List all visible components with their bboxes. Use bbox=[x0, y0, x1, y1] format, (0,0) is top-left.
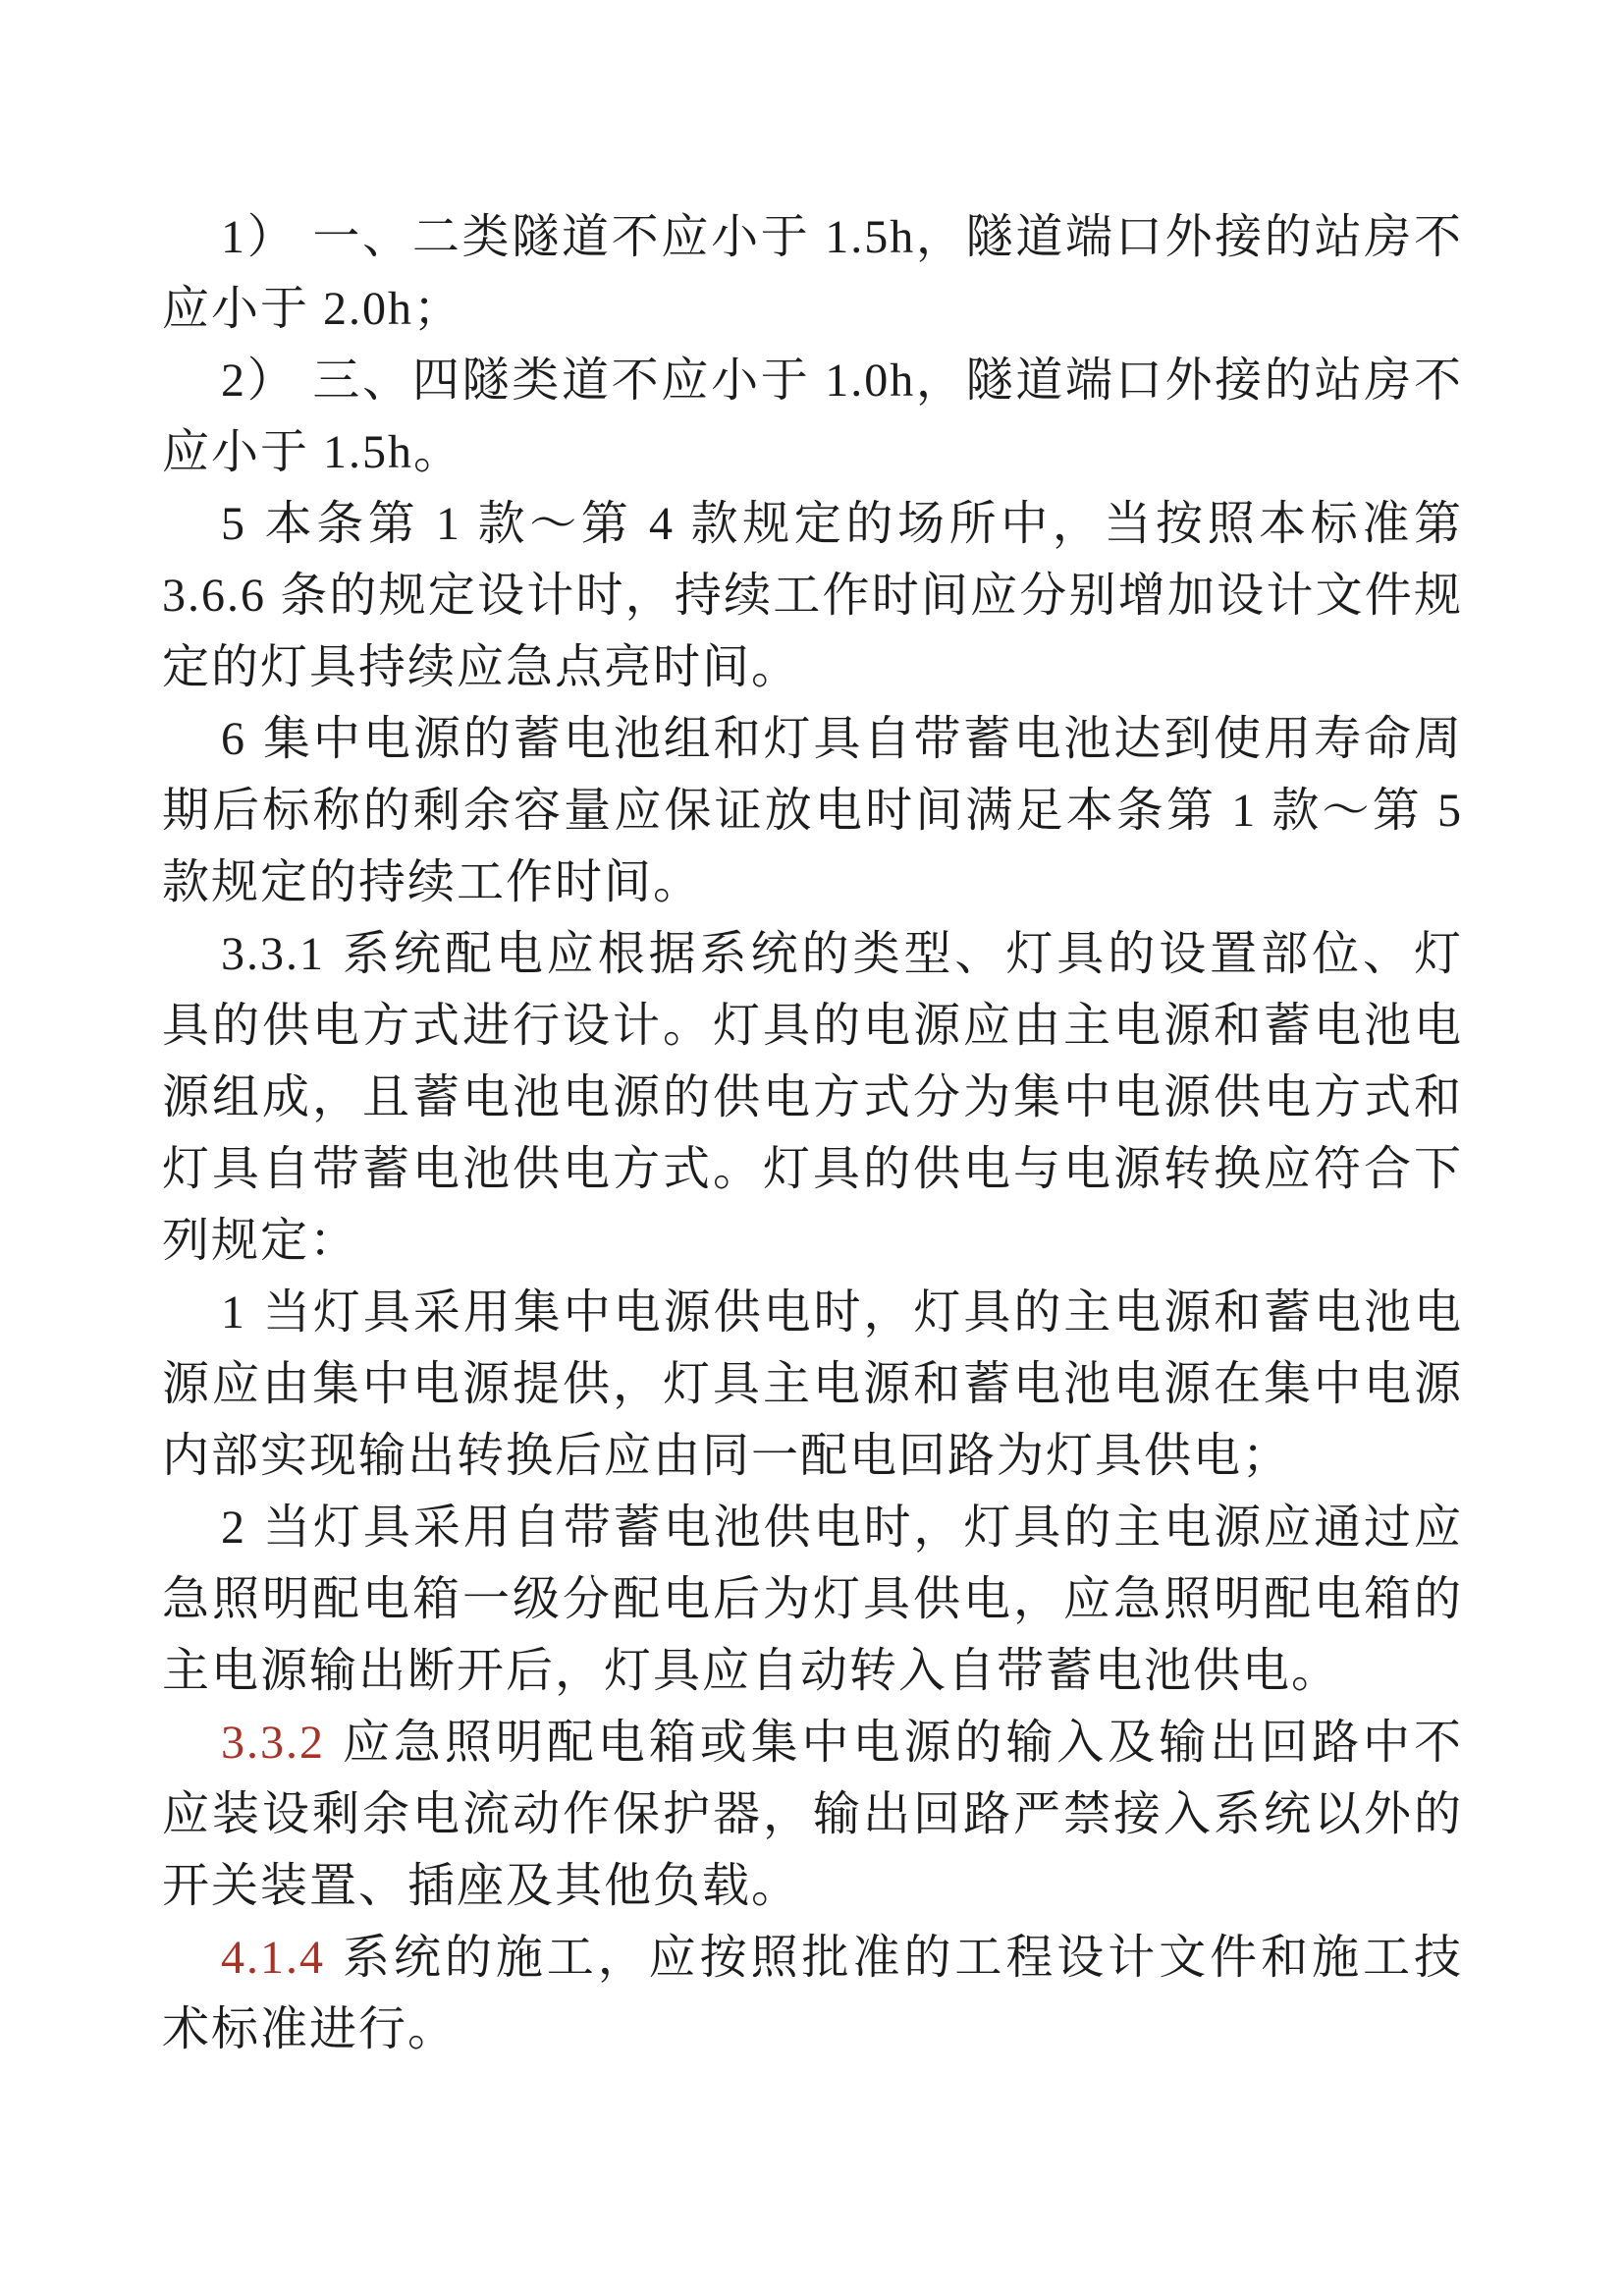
paragraph-text: 本条第 1 款～第 4 款规定的场所中，当按照本标准第 3.6.6 条的规定设计… bbox=[162, 498, 1463, 693]
paragraph: 2当灯具采用自带蓄电池供电时，灯具的主电源应通过应急照明配电箱一级分配电后为灯具… bbox=[162, 1492, 1463, 1707]
paragraph-number: 3.3.1 bbox=[221, 928, 341, 980]
paragraph-text: 集中电源的蓄电池组和灯具自带蓄电池达到使用寿命周期后标称的剩余容量应保证放电时间… bbox=[162, 713, 1463, 908]
paragraph-text: 当灯具采用集中电源供电时，灯具的主电源和蓄电池电源应由集中电源提供，灯具主电源和… bbox=[162, 1286, 1463, 1482]
paragraph: 1）一、二类隧道不应小于 1.5h，隧道端口外接的站房不应小于 2.0h； bbox=[162, 201, 1463, 345]
document-content: 1）一、二类隧道不应小于 1.5h，隧道端口外接的站房不应小于 2.0h； 2）… bbox=[162, 201, 1463, 2065]
paragraph-number: 2） bbox=[221, 355, 312, 407]
paragraph-number: 1 bbox=[221, 1286, 262, 1339]
paragraph-text: 一、二类隧道不应小于 1.5h，隧道端口外接的站房不应小于 2.0h； bbox=[162, 211, 1463, 335]
paragraph: 1当灯具采用集中电源供电时，灯具的主电源和蓄电池电源应由集中电源提供，灯具主电源… bbox=[162, 1277, 1463, 1492]
paragraph: 3.3.2应急照明配电箱或集中电源的输入及输出回路中不应装设剩余电流动作保护器，… bbox=[162, 1707, 1463, 1922]
paragraph: 6集中电源的蓄电池组和灯具自带蓄电池达到使用寿命周期后标称的剩余容量应保证放电时… bbox=[162, 703, 1463, 918]
paragraph-number: 1） bbox=[221, 211, 312, 263]
paragraph-number-red: 4.1.4 bbox=[221, 1932, 341, 1984]
paragraph: 4.1.4系统的施工，应按照批准的工程设计文件和施工技术标准进行。 bbox=[162, 1922, 1463, 2065]
paragraph-text: 系统的施工，应按照批准的工程设计文件和施工技术标准进行。 bbox=[162, 1932, 1463, 2055]
document-page: 1）一、二类隧道不应小于 1.5h，隧道端口外接的站房不应小于 2.0h； 2）… bbox=[0, 0, 1623, 2296]
paragraph-text: 应急照明配电箱或集中电源的输入及输出回路中不应装设剩余电流动作保护器，输出回路严… bbox=[162, 1717, 1463, 1912]
paragraph: 5本条第 1 款～第 4 款规定的场所中，当按照本标准第 3.6.6 条的规定设… bbox=[162, 488, 1463, 703]
paragraph-text: 当灯具采用自带蓄电池供电时，灯具的主电源应通过应急照明配电箱一级分配电后为灯具供… bbox=[162, 1502, 1463, 1697]
paragraph-number: 5 bbox=[221, 498, 262, 550]
paragraph-number: 6 bbox=[221, 713, 262, 765]
paragraph-number-red: 3.3.2 bbox=[221, 1717, 341, 1769]
paragraph-text: 三、四隧类道不应小于 1.0h，隧道端口外接的站房不应小于 1.5h。 bbox=[162, 355, 1463, 478]
paragraph: 3.3.1系统配电应根据系统的类型、灯具的设置部位、灯具的供电方式进行设计。灯具… bbox=[162, 918, 1463, 1277]
paragraph-text: 系统配电应根据系统的类型、灯具的设置部位、灯具的供电方式进行设计。灯具的电源应由… bbox=[162, 928, 1463, 1267]
paragraph: 2）三、四隧类道不应小于 1.0h，隧道端口外接的站房不应小于 1.5h。 bbox=[162, 345, 1463, 488]
paragraph-number: 2 bbox=[221, 1502, 262, 1554]
